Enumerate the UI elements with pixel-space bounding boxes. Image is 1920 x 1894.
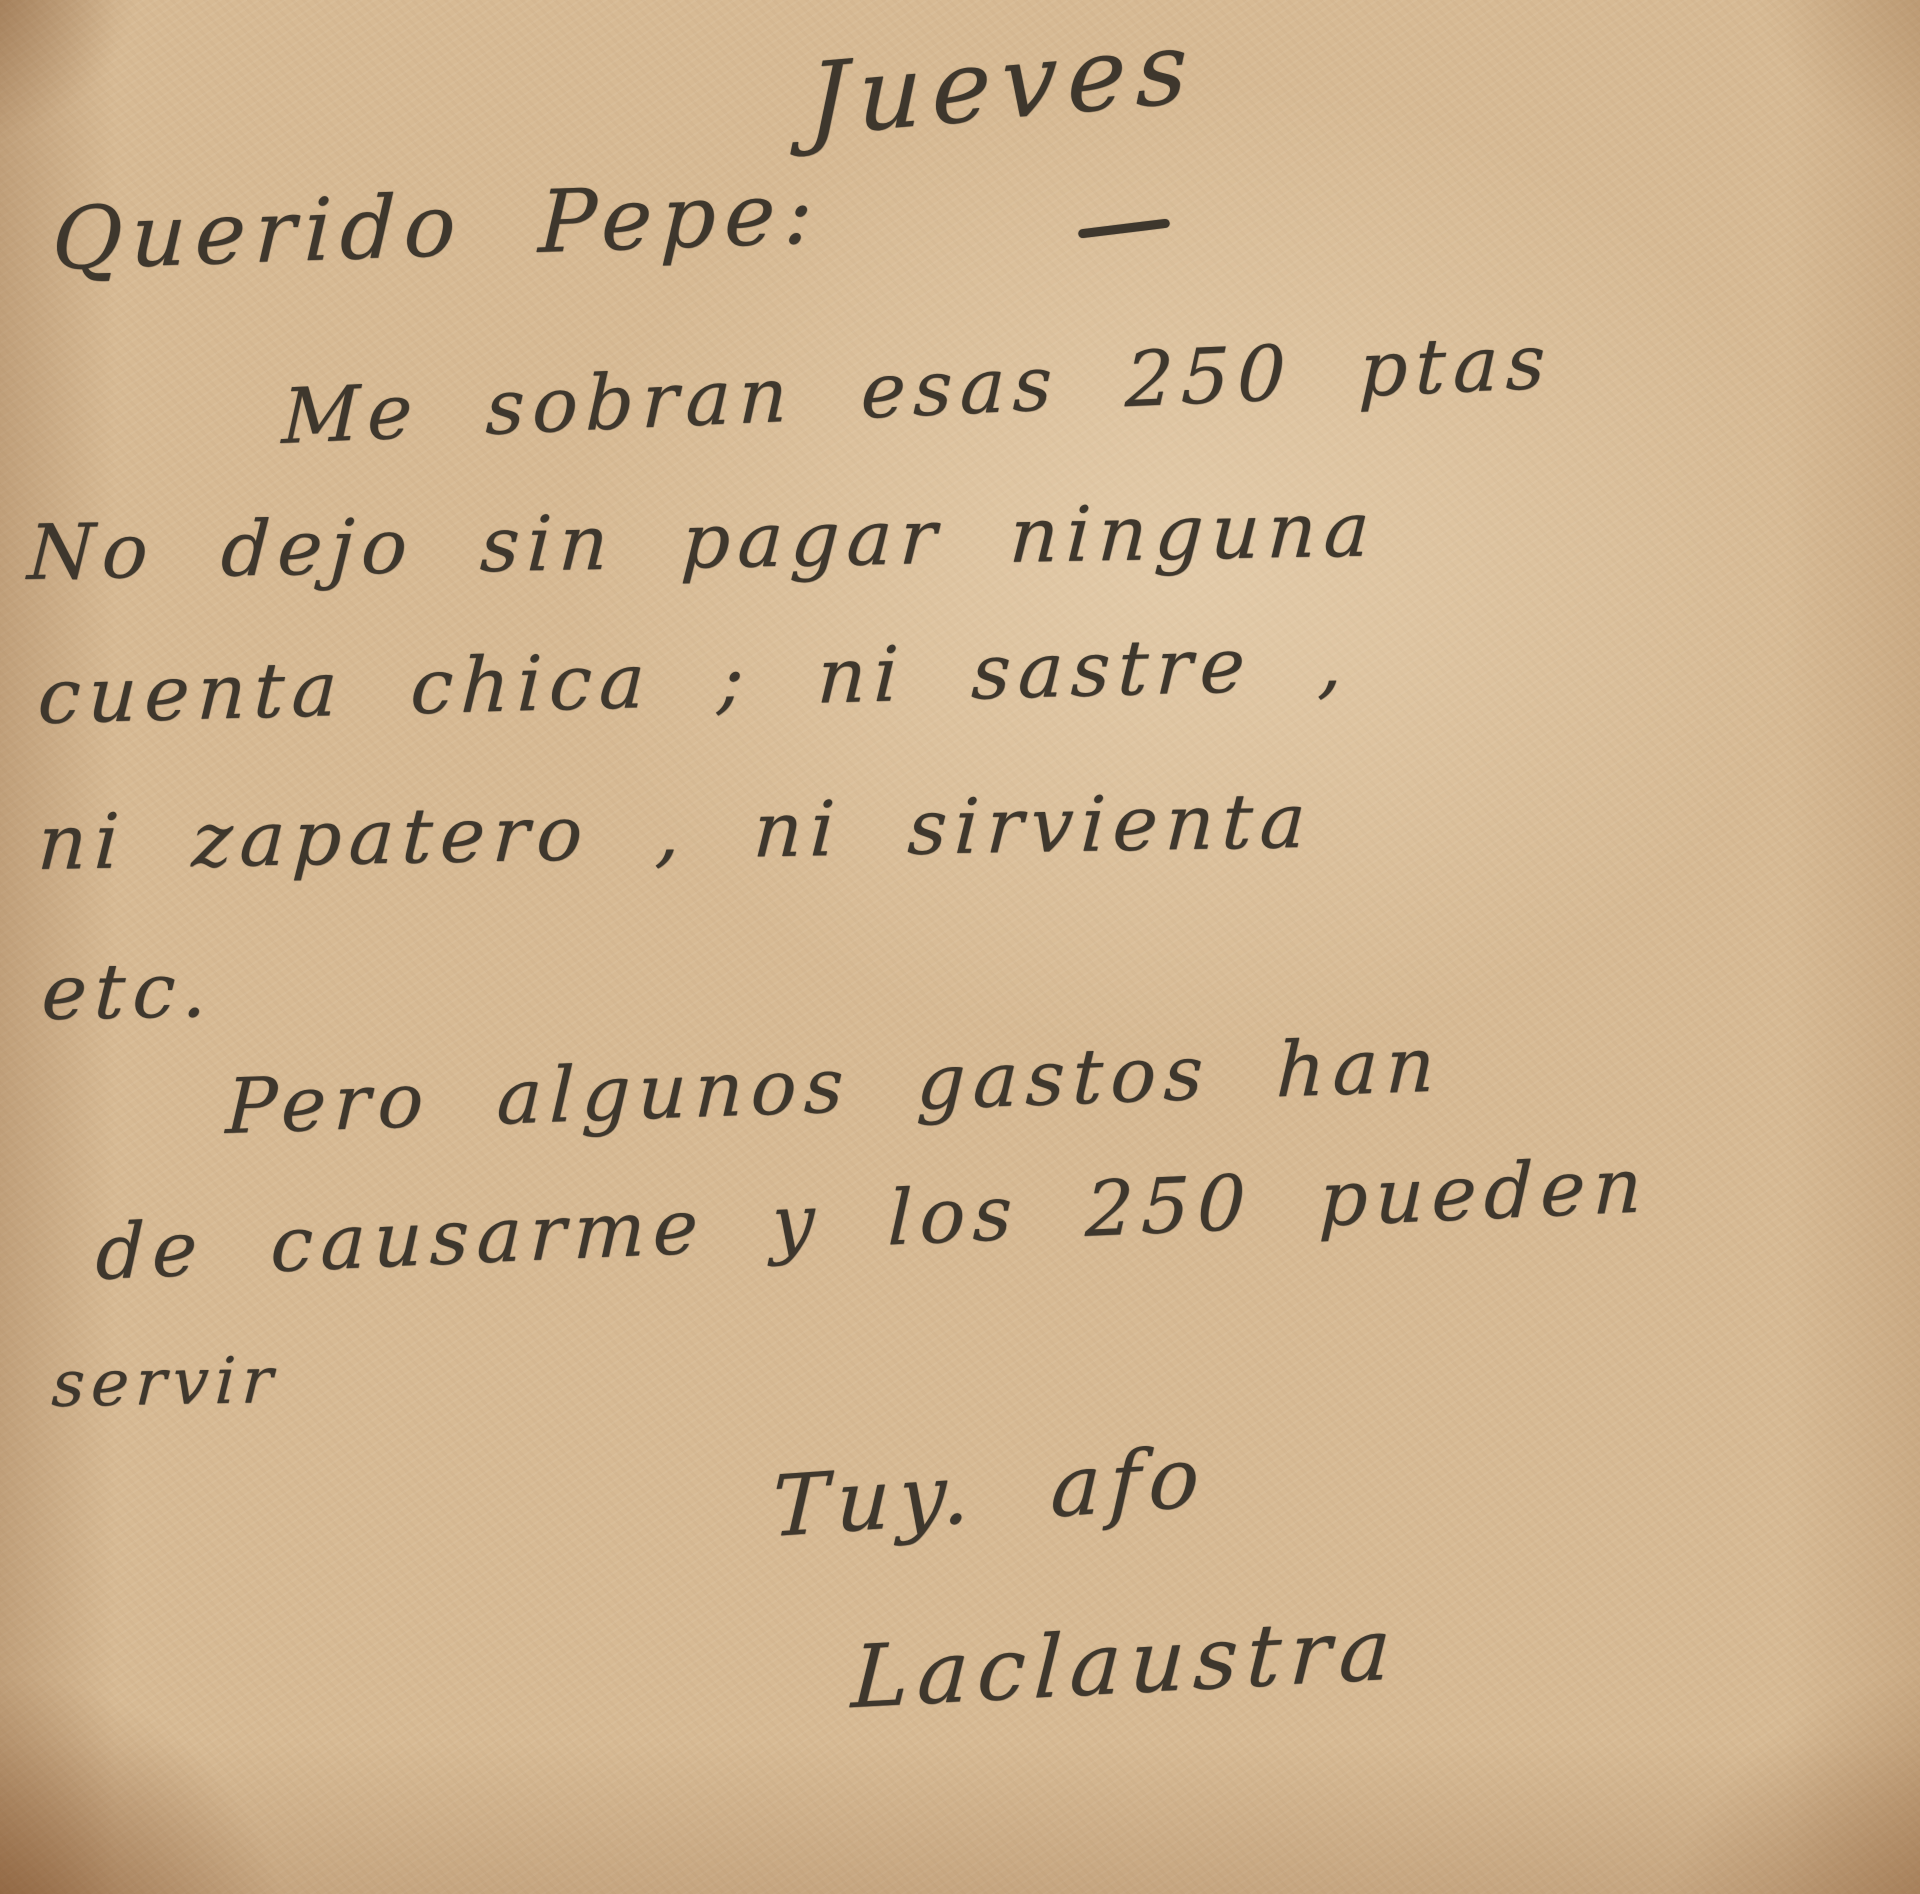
body-line: ni zapatero , ni sirvienta [36,776,1316,887]
body-line: servir [50,1344,281,1422]
date-line: Jueves [807,8,1198,160]
body-line: de causarme y los 250 pueden [95,1140,1651,1297]
body-line: etc. [40,945,217,1037]
salutation: Querido Pepe: [50,163,823,290]
body-line: cuenta chica ; ni sastre , [36,618,1352,741]
body-line: Pero algunos gastos han [224,1019,1443,1151]
body-line: Me sobran esas 250 ptas [281,316,1554,461]
signature: Laclaustra [849,1599,1401,1728]
handwritten-letter-paper: Jueves Querido Pepe: Me sobran esas 250 … [0,0,1920,1894]
body-line: No dejo sin pagar ninguna [26,484,1380,597]
closing-valediction: Tuy. afo [770,1427,1209,1556]
date-underline [1078,218,1170,238]
